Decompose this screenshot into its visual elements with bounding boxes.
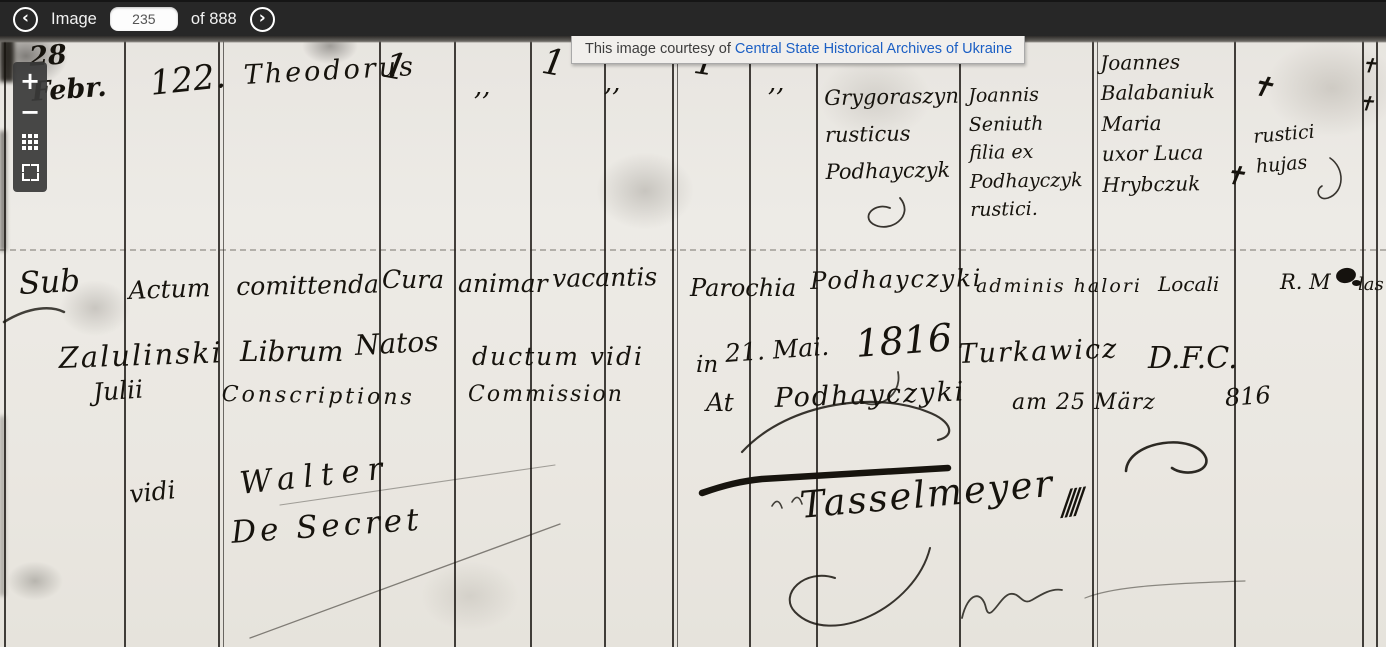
- hw-tally: ,,: [474, 72, 491, 103]
- hw-note-word: Commission: [468, 382, 624, 408]
- hw-tally: ,,: [604, 68, 621, 99]
- hw-father: Grygoraszyn rusticus Podhayczyk: [824, 78, 960, 191]
- scan-edge-smudge: [0, 131, 6, 251]
- hw-note-word: adminis halori: [976, 275, 1142, 298]
- hw-note-word: 1816: [854, 315, 954, 367]
- column-rule: [677, 36, 678, 647]
- hw-signature-name: Walter: [238, 450, 392, 503]
- viewer-controls: + −: [13, 62, 47, 192]
- previous-image-button[interactable]: ‹: [13, 7, 38, 32]
- hw-note-word: Zalulinski: [58, 335, 223, 376]
- hw-note-word: ductum vidi: [472, 342, 644, 372]
- hw-note-word: 21. Mai.: [724, 332, 830, 369]
- hw-note-word: Actum: [128, 273, 211, 306]
- scan-edge-smudge: [0, 416, 5, 596]
- document-scan[interactable]: 28 Febr. 122. Theodorus 1 ,, 1 ,, 1 ,, G…: [0, 36, 1386, 647]
- hw-note-word: Conscriptions: [222, 382, 416, 412]
- hw-cross-mark: ✝: [1222, 160, 1248, 194]
- hw-note-word: Podhayczyki: [774, 376, 966, 415]
- next-image-button[interactable]: ›: [250, 7, 275, 32]
- column-rule: [454, 36, 456, 647]
- grid-icon: [22, 134, 38, 150]
- hw-note-word: vacantis: [552, 262, 657, 294]
- hw-note-word: Podhayczyki: [810, 264, 983, 296]
- minus-icon: −: [20, 100, 40, 124]
- hw-note-word: am 25 März: [1012, 390, 1156, 416]
- hw-godparents: Joannes Balabaniuk Maria uxor Luca Hrybc…: [1100, 46, 1217, 200]
- zoom-in-button[interactable]: +: [13, 67, 47, 95]
- hw-note-word: animar: [458, 269, 548, 299]
- chevron-right-icon: ›: [259, 10, 266, 27]
- column-rule: [672, 36, 674, 647]
- fullscreen-icon: [22, 164, 39, 181]
- hw-note-word: R. M: [1280, 270, 1331, 295]
- hw-godparents-status: rustici hujas: [1252, 117, 1319, 183]
- hw-hatch-marks: ∕∕∕∕: [1058, 482, 1081, 525]
- row-separator: [0, 249, 1386, 251]
- attribution-text: This image courtesy of: [585, 41, 735, 57]
- column-rule: [1376, 36, 1378, 647]
- hw-note-word: Cura: [382, 265, 444, 295]
- fullscreen-button[interactable]: [13, 159, 47, 187]
- archive-link[interactable]: Central State Historical Archives of Ukr…: [735, 41, 1012, 57]
- image-viewer-app: ‹ Image of 888 › This image courtesy of …: [0, 0, 1386, 647]
- hw-note-word: Locali: [1158, 272, 1219, 296]
- hw-tally: 1: [539, 40, 569, 87]
- hw-note-word: D.F.C.: [1148, 341, 1238, 377]
- hw-mother: Joannis Seniuth filia ex Podhayczyk rust…: [968, 80, 1083, 224]
- attribution-tooltip: This image courtesy of Central State His…: [571, 36, 1025, 64]
- hw-signature-name: Tasselmeyer: [798, 462, 1056, 528]
- hw-signature-title: De Secret: [230, 502, 424, 552]
- column-rule: [223, 36, 224, 647]
- hw-note-word: At: [706, 388, 734, 418]
- hw-note-word: Sub: [18, 263, 81, 303]
- image-navigation-toolbar: ‹ Image of 888 ›: [0, 0, 1386, 36]
- hw-signature-vidi: vidi: [128, 475, 177, 510]
- image-number-input[interactable]: [110, 7, 178, 31]
- ink-blot: [1352, 280, 1361, 286]
- hw-note-word: Julii: [92, 375, 144, 408]
- column-rule: [1362, 36, 1364, 647]
- image-total-label: of 888: [191, 10, 237, 29]
- zoom-out-button[interactable]: −: [13, 98, 47, 126]
- hw-cross-mark: ✝: [1247, 68, 1277, 106]
- chevron-left-icon: ‹: [22, 10, 29, 27]
- hw-note-word: Turkawicz: [958, 333, 1119, 371]
- hw-record-number: 122.: [148, 56, 228, 104]
- hw-tally: ,,: [768, 68, 785, 99]
- hw-note-word: Parochia: [690, 274, 796, 303]
- hw-note-word: Librum: [240, 335, 343, 369]
- plus-icon: +: [20, 69, 40, 93]
- hw-note-word: in: [696, 352, 718, 380]
- grid-view-button[interactable]: [13, 128, 47, 156]
- hw-note-word: Natos: [354, 325, 439, 363]
- hw-note-word: comittenda: [236, 270, 379, 302]
- hw-note-word: 816: [1224, 381, 1272, 413]
- hw-note-word: las: [1358, 274, 1384, 296]
- image-label: Image: [51, 10, 97, 29]
